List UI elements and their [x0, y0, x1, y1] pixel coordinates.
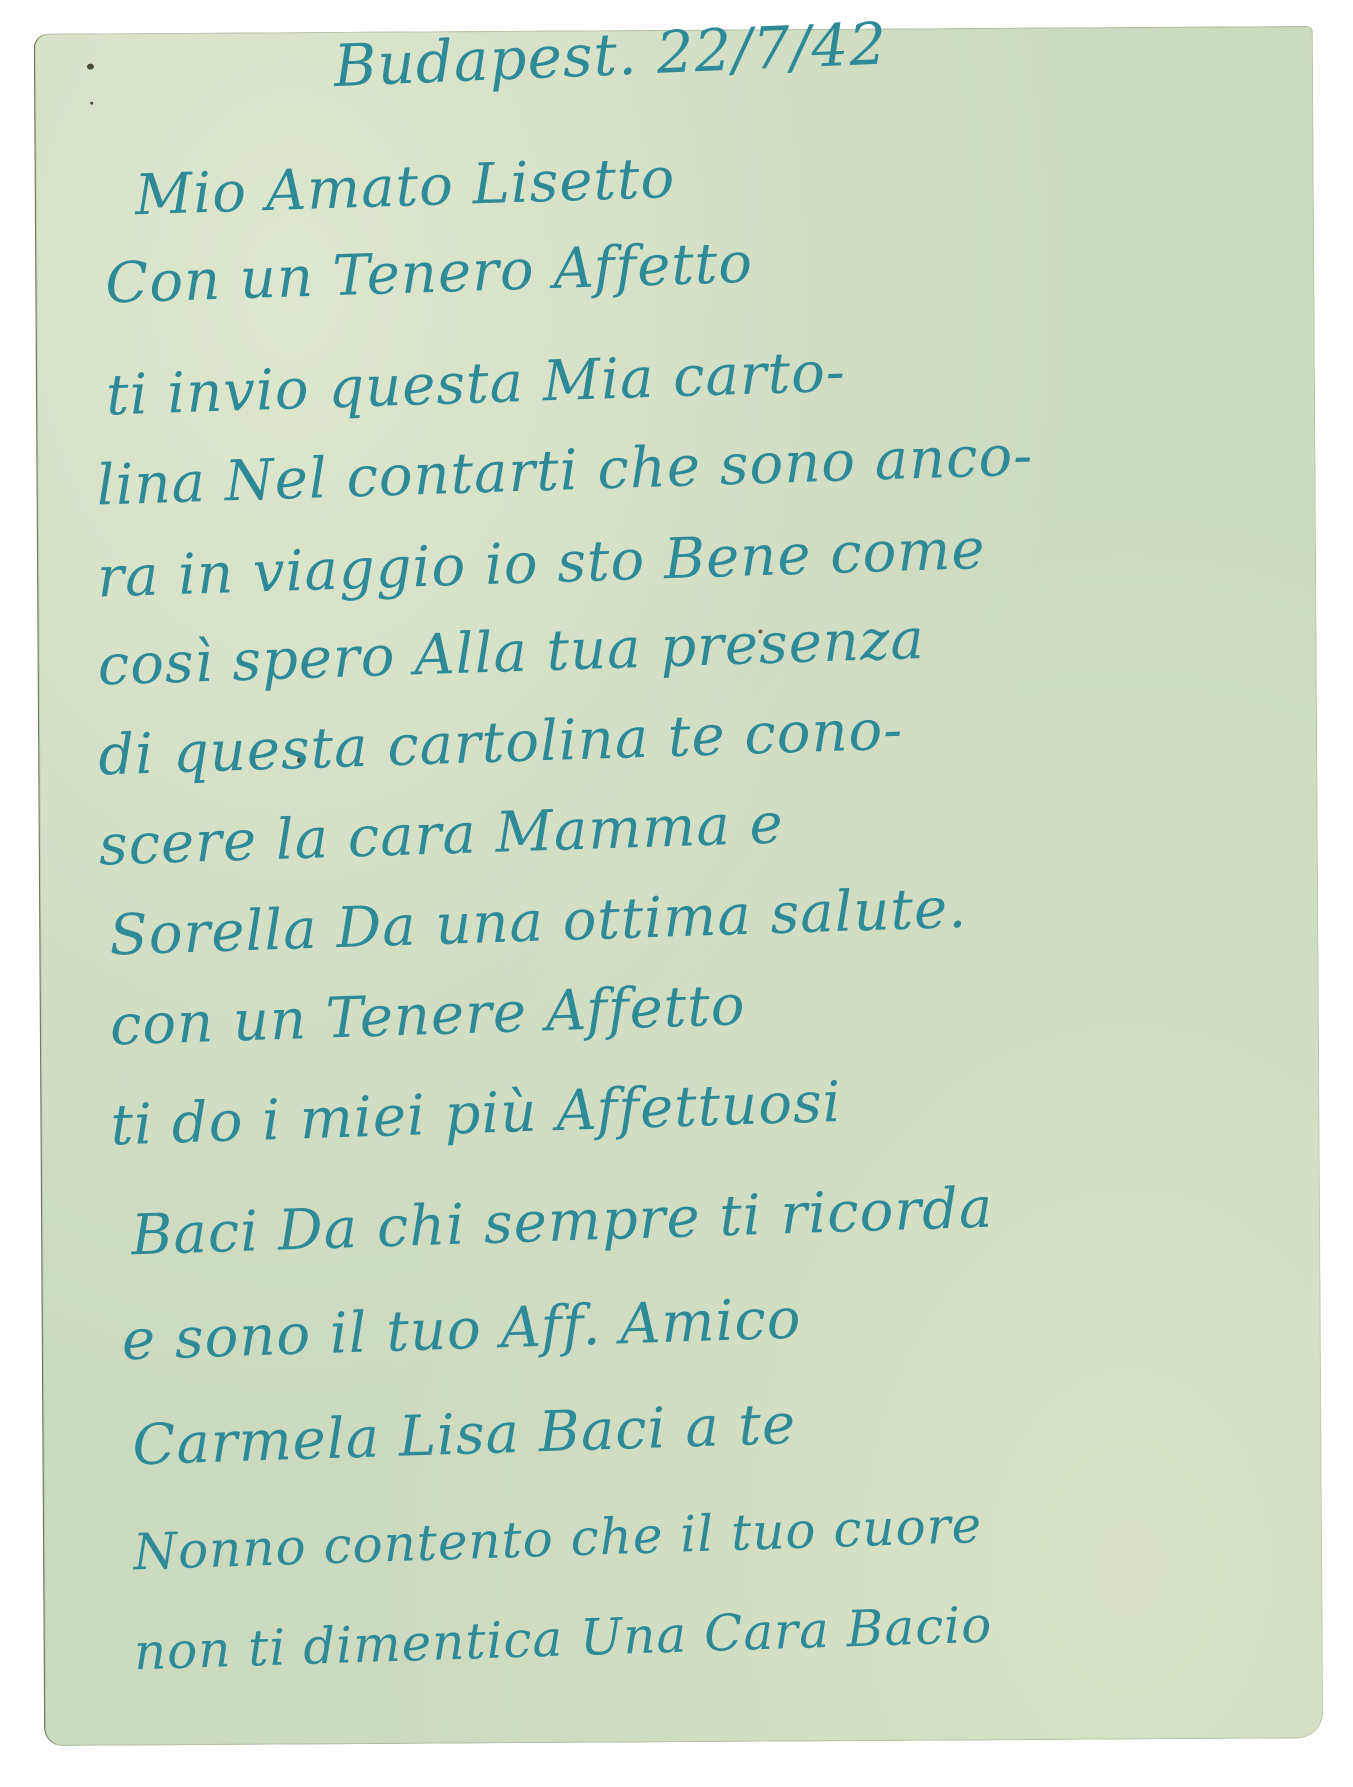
closing-line: e sono il tuo Aff. Amico — [121, 1286, 802, 1373]
letter-line: lina Nel contarti che sono anco- — [96, 423, 1034, 518]
letter-line: di questa cartolina te cono- — [97, 698, 904, 789]
letter-line: scere la cara Mamma e — [98, 791, 785, 878]
place-date-heading: Budapest. 22/7/42 — [332, 9, 888, 100]
letter-line: ra in viaggio io sto Bene come — [96, 517, 986, 611]
salutation-line: Mio Amato Lisetto — [134, 146, 676, 228]
letter-line: ti invio questa Mia carto- — [105, 340, 847, 429]
letter-line: ti do i miei più Affettuosi — [110, 1070, 843, 1159]
letter-line: con un Tenere Affetto — [109, 973, 746, 1058]
ink-speck — [87, 64, 94, 70]
signature-line: Carmela Lisa Baci a te — [132, 1392, 798, 1478]
ink-speck — [90, 102, 93, 105]
letter-line: Baci Da chi sempre ti ricorda — [130, 1176, 994, 1269]
letter-line: Con un Tenero Affetto — [104, 231, 754, 317]
postscript-line: non ti dimentica Una Cara Bacio — [133, 1596, 993, 1682]
letter-line: così spero Alla tua presenza — [97, 607, 926, 699]
postcard: Budapest. 22/7/42 Mio Amato Lisetto Con … — [35, 26, 1323, 1746]
letter-line: Sorella Da una ottima salute. — [108, 876, 968, 969]
postscript-line: Nonno contento che il tuo cuore — [132, 1496, 983, 1581]
